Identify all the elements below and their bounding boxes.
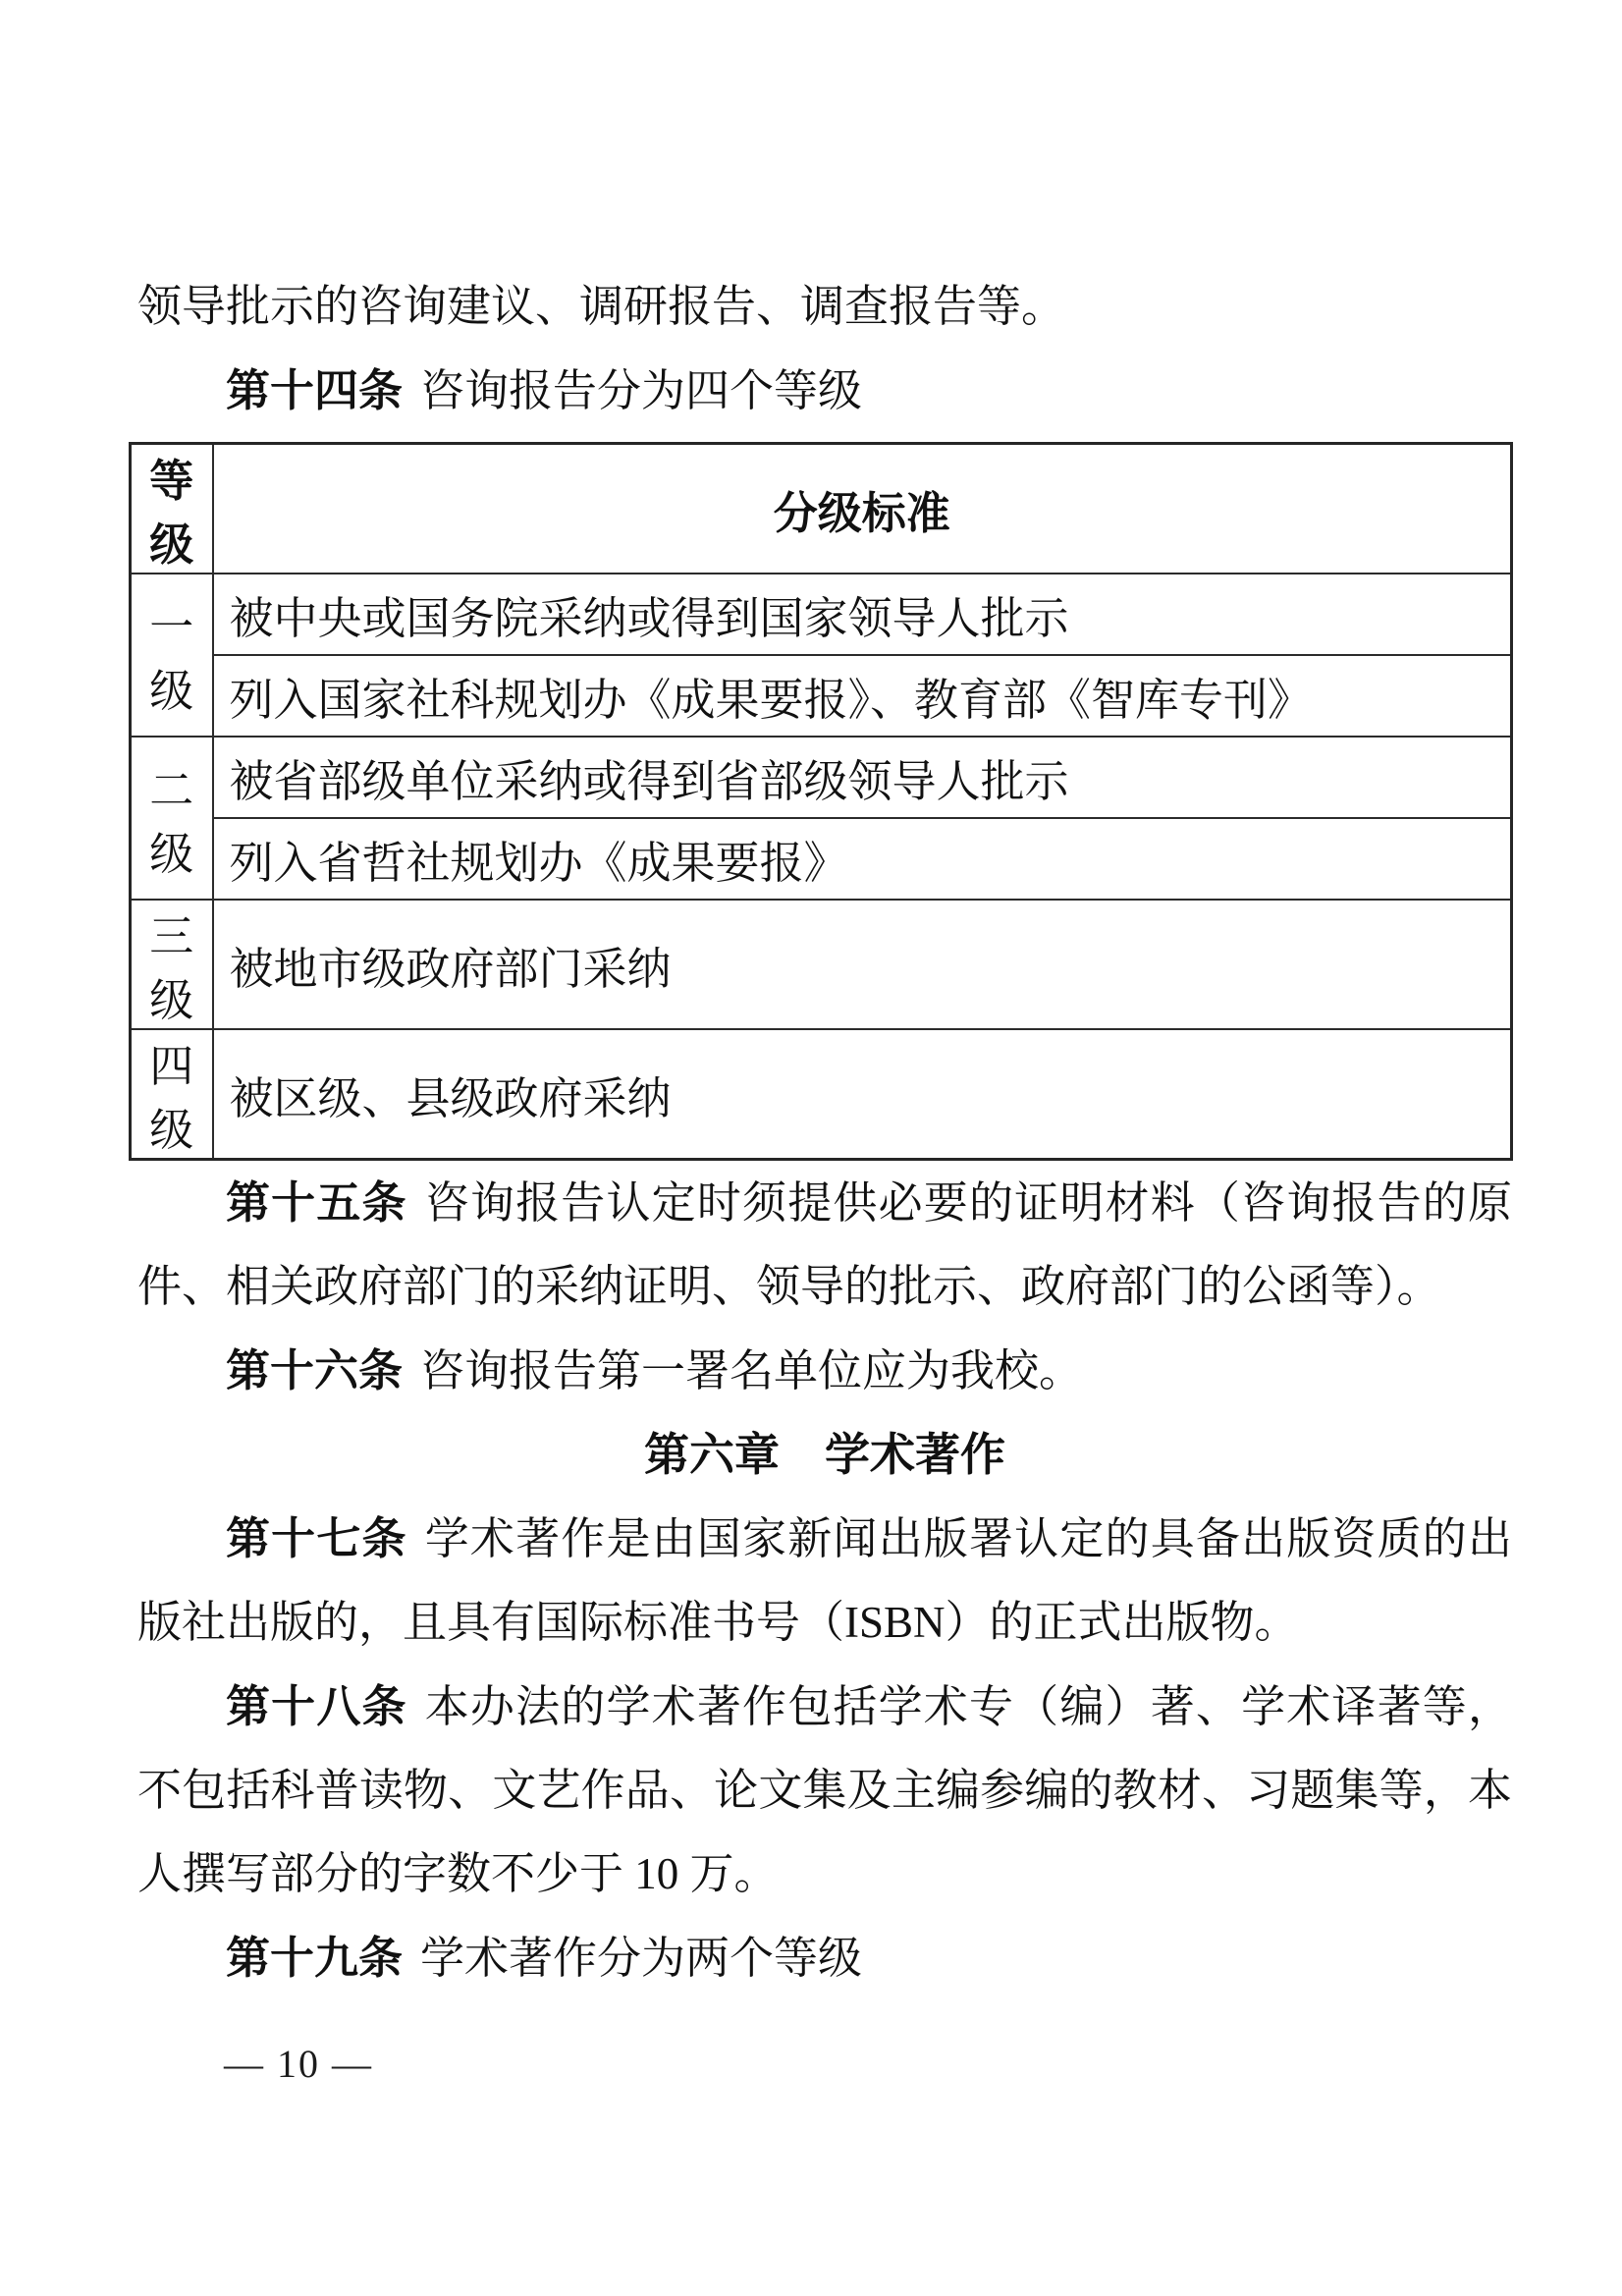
article-15-label: 第十五条 [226,1177,407,1228]
paragraph-article-18: 第十八条本办法的学术著作包括学术专（编）著、学术译著等，不包括科普读物、文艺作品… [137,1665,1512,1916]
level-1-cell: 一级 [131,574,213,737]
article-14-text: 咨询报告分为四个等级 [420,366,862,415]
paragraph-article-15: 第十五条咨询报告认定时须提供必要的证明材料（咨询报告的原件、相关政府部门的采纳证… [137,1161,1512,1329]
table-row: 列入国家社科规划办《成果要报》、教育部《智库专刊》 [131,655,1512,737]
paragraph-article-17: 第十七条学术著作是由国家新闻出版署认定的具备出版资质的出版社出版的，且具有国际标… [137,1497,1512,1665]
table-row: 列入省哲社规划办《成果要报》 [131,818,1512,900]
level-2-criterion-1: 被省部级单位采纳或得到省部级领导人批示 [213,737,1512,818]
article-17-label: 第十七条 [226,1513,407,1563]
table-header-row: 等级 分级标准 [131,444,1512,574]
article-16-text: 咨询报告第一署名单位应为我校。 [420,1346,1083,1395]
paragraph-continuation-text: 领导批示的咨询建议、调研报告、调查报告等。 [137,282,1065,331]
table-row: 三级 被地市级政府部门采纳 [131,900,1512,1029]
table-header-level: 等级 [131,444,213,574]
paragraph-article-14: 第十四条咨询报告分为四个等级 [137,349,1512,433]
consulting-report-grade-table: 等级 分级标准 一级 被中央或国务院采纳或得到国家领导人批示 列入国家社科规划办… [129,442,1513,1161]
page-number: — 10 — [224,2041,373,2087]
level-3-criterion-1: 被地市级政府部门采纳 [213,900,1512,1029]
table-header-criteria: 分级标准 [213,444,1512,574]
paragraph-continuation: 领导批示的咨询建议、调研报告、调查报告等。 [137,265,1512,349]
level-4-cell: 四级 [131,1029,213,1160]
article-19-text: 学术著作分为两个等级 [420,1934,862,1983]
level-3-cell: 三级 [131,900,213,1029]
chapter-6-heading: 第六章 学术著作 [137,1413,1512,1497]
table-row: 四级 被区级、县级政府采纳 [131,1029,1512,1160]
level-2-cell: 二级 [131,737,213,900]
level-4-criterion-1: 被区级、县级政府采纳 [213,1029,1512,1160]
article-19-label: 第十九条 [226,1933,403,1983]
paragraph-article-19: 第十九条学术著作分为两个等级 [137,1916,1512,2000]
table-row: 二级 被省部级单位采纳或得到省部级领导人批示 [131,737,1512,818]
table-row: 一级 被中央或国务院采纳或得到国家领导人批示 [131,574,1512,655]
level-2-criterion-2: 列入省哲社规划办《成果要报》 [213,818,1512,900]
article-16-label: 第十六条 [226,1345,403,1395]
article-14-label: 第十四条 [226,365,403,415]
document-page: 领导批示的咨询建议、调研报告、调查报告等。 第十四条咨询报告分为四个等级 等级 … [0,0,1622,2296]
level-1-criterion-2: 列入国家社科规划办《成果要报》、教育部《智库专刊》 [213,655,1512,737]
article-18-label: 第十八条 [226,1681,407,1731]
paragraph-article-16: 第十六条咨询报告第一署名单位应为我校。 [137,1329,1512,1413]
level-1-criterion-1: 被中央或国务院采纳或得到国家领导人批示 [213,574,1512,655]
